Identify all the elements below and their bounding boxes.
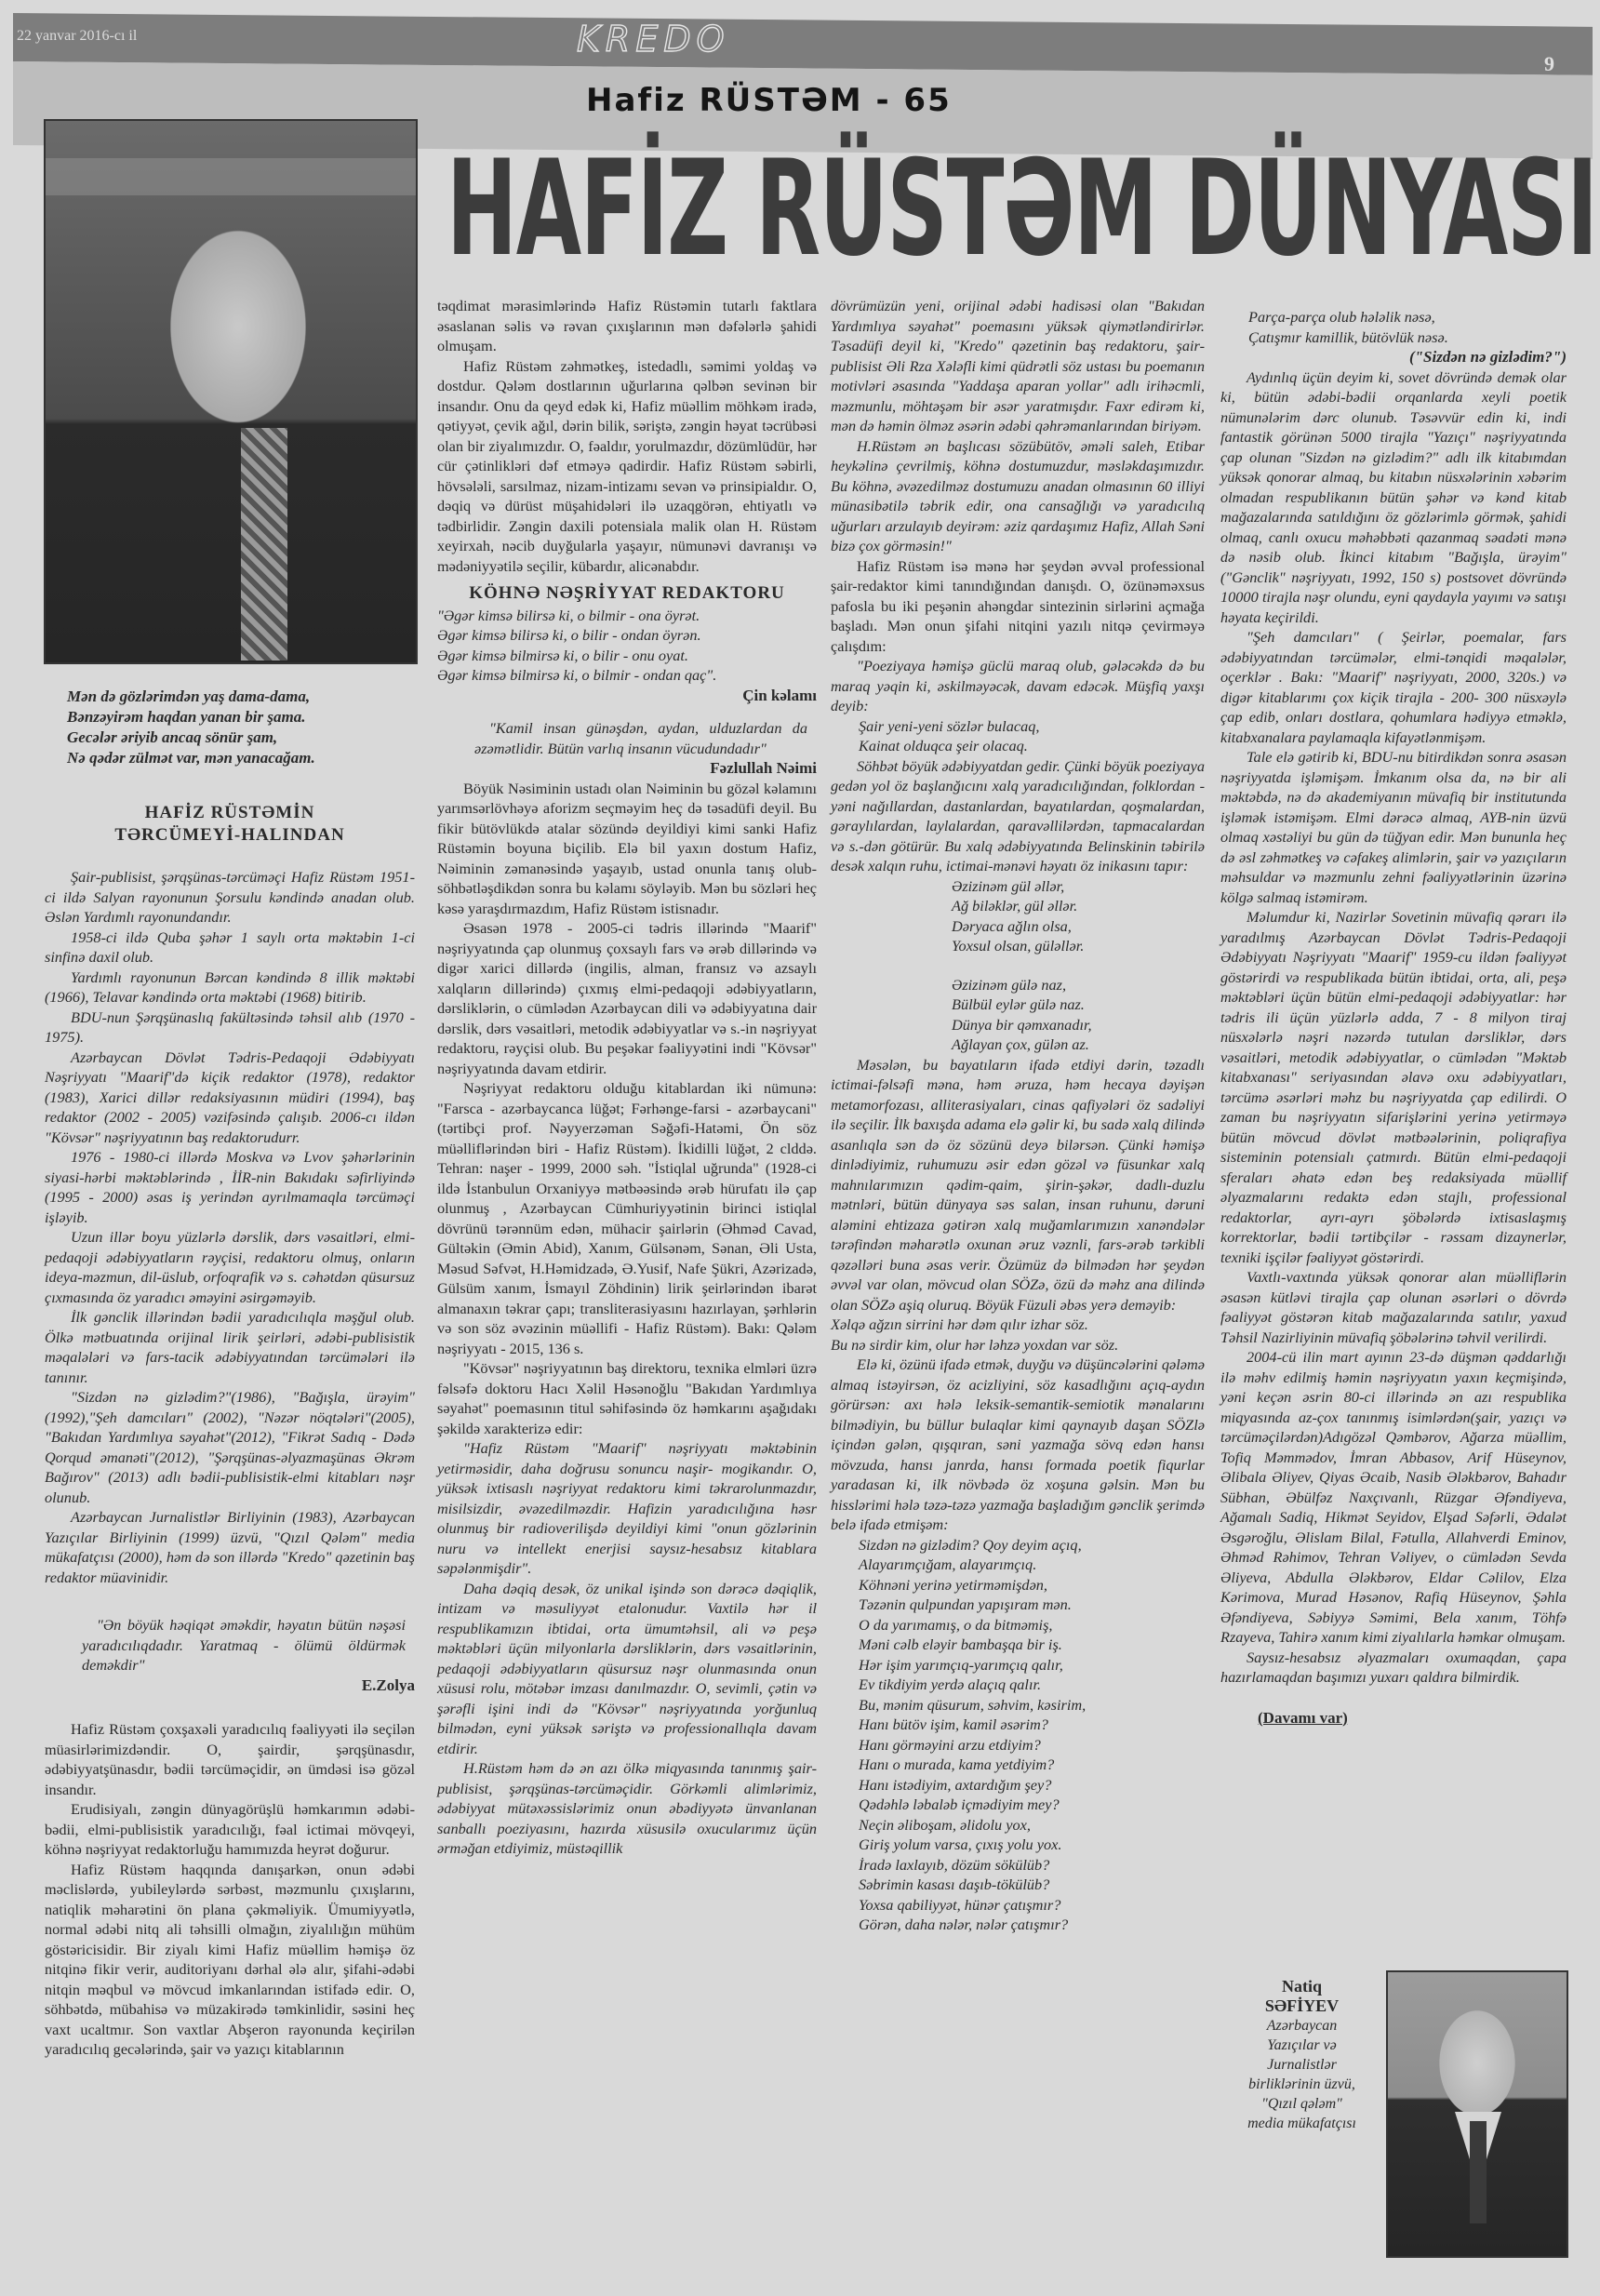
bio-paragraph: Azərbaycan Jurnalistlər Birliyinin (1983… bbox=[45, 1507, 415, 1587]
column-2: təqdimat mərasimlərində Hafiz Rüstəmin t… bbox=[437, 296, 817, 1859]
subhead-old-editor: KÖHNƏ NƏŞRİYYAT REDAKTORU bbox=[437, 583, 817, 604]
quote-paragraph: H.Rüstəm ən başlıcası sözübütöv, əməli s… bbox=[831, 436, 1205, 556]
verse-line: Hanı istədiyim, axtardığım şey? bbox=[859, 1775, 1205, 1795]
quote-paragraph: dövrümüzün yeni, orijinal ədəbi hadisəsi… bbox=[831, 296, 1205, 436]
article-kicker: Hafiz RÜSTƏM - 65 bbox=[586, 82, 952, 119]
verse-line: Məni cəlb eləyir bambaşqa bir iş. bbox=[859, 1635, 1205, 1655]
verse-line: Ağ biləklər, gül əllər. bbox=[952, 896, 1205, 916]
continued-note: (Davamı var) bbox=[1258, 1709, 1348, 1727]
portrait-photo-hafiz-rustam bbox=[44, 119, 418, 664]
zola-epigraph: "Ən böyük həqiqət əməkdir, həyatın bütün… bbox=[45, 1615, 415, 1675]
verse-line: Bu nə sirdir kim, olur hər ləhzə yoxdan … bbox=[831, 1335, 1205, 1355]
verse-line: Səbrimin kasası daşıb-tökülüb? bbox=[859, 1875, 1205, 1895]
bio-paragraph: "Sizdən nə gizlədim?"(1986), "Bağışla, ü… bbox=[45, 1387, 415, 1507]
necktie bbox=[241, 428, 287, 661]
verse-line: Neçin əliboşam, əlidolu yox, bbox=[859, 1815, 1205, 1835]
youth-poem: Sizdən nə gizlədim? Qoy deyim açıq, Alay… bbox=[831, 1535, 1205, 1935]
mushfiq-verse: Şair yeni-yeni sözlər bulacaq, Kainat ol… bbox=[831, 716, 1205, 756]
quote-paragraph: 2004-cü ilin mart ayının 23-də düşmən qə… bbox=[1220, 1347, 1567, 1648]
verse-line: Bu, mənim qüsurum, səhvim, kəsirim, bbox=[859, 1695, 1205, 1715]
biography: Şair-publisist, şərqşünas-tərcüməçi Hafi… bbox=[45, 867, 415, 1587]
verse-line: Hanı görməyini arzu etdiyim? bbox=[859, 1735, 1205, 1755]
bayati-1: Əzizinəm gül əllər, Ağ biləklər, gül əll… bbox=[831, 876, 1205, 956]
role-line: Azərbaycan bbox=[1220, 2016, 1383, 2036]
author-last-name: SƏFİYEV bbox=[1220, 1996, 1383, 2016]
verse-line: Köhnəni yerinə yetirməmişdən, bbox=[859, 1575, 1205, 1595]
body-paragraph: Hafiz Rüstəm çoxşaxəli yaradıcılıq fəali… bbox=[45, 1719, 415, 1799]
verse-line: Sizdən nə gizlədim? Qoy deyim açıq, bbox=[859, 1535, 1205, 1555]
article-headline: HAFİZ RÜSTƏM DÜNYASI bbox=[447, 130, 1179, 288]
saying-line: Əgər kimsə bilmirsə ki, o bilmir - ondan… bbox=[437, 665, 817, 686]
verse-line: Əzizinəm gül əllər, bbox=[952, 876, 1205, 897]
italic-quotation: "Hafiz Rüstəm "Maarif" nəşriyyatı məktəb… bbox=[437, 1438, 817, 1859]
quote-paragraph: Vaxtlı-vaxtında yüksək qonorar alan müəl… bbox=[1220, 1267, 1567, 1347]
verse-line: Parça-parça olub hələlik nəsə, bbox=[1248, 307, 1567, 327]
role-line: media mükafatçısı bbox=[1220, 2114, 1383, 2133]
verse-line: Şair yeni-yeni sözlər bulacaq, bbox=[859, 716, 1205, 737]
bio-paragraph: BDU-nun Şərqşünaslıq fakültəsində təhsil… bbox=[45, 1008, 415, 1048]
issue-date: 22 yanvar 2016-cı il bbox=[17, 28, 137, 45]
saying-author: Çin kəlamı bbox=[437, 686, 817, 706]
body-paragraph: Hafiz Rüstəm zəhmətkeş, istedadlı, səmim… bbox=[437, 356, 817, 577]
poem-line: Mən də gözlərimdən yaş dama-dama, bbox=[67, 687, 415, 707]
column-4: Parça-parça olub hələlik nəsə, Çatışmır … bbox=[1220, 307, 1567, 1728]
role-line: "Qızıl qələm" bbox=[1220, 2094, 1383, 2114]
body-paragraph: Böyük Nəsiminin ustadı olan Nəiminin bu … bbox=[437, 779, 817, 919]
role-line: Yazıçılar və bbox=[1220, 2036, 1383, 2055]
verse-line: İradə laxlayıb, dözüm sökülüb? bbox=[859, 1855, 1205, 1876]
verse-line: Yoxsa qabiliyyət, hünər çatışmır? bbox=[859, 1895, 1205, 1916]
role-line: birliklərinin üzvü, bbox=[1220, 2075, 1383, 2094]
body-paragraph: Hafiz Rüstəm haqqında danışarkən, onun ə… bbox=[45, 1860, 415, 2060]
body-paragraph: Hafiz Rüstəm isə mənə hər şeydən əvvəl p… bbox=[831, 556, 1205, 657]
bio-paragraph: Uzun illər boyu yüzlərlə dərslik, dərs v… bbox=[45, 1227, 415, 1307]
verse-line: Bülbül eylər gülə naz. bbox=[952, 994, 1205, 1015]
continued-wrapper: (Davamı var) bbox=[1220, 1708, 1567, 1729]
verse-line: Ağlayan çox, gülən az. bbox=[952, 1035, 1205, 1055]
verse-line: Qədəhlə ləbaləb içmədiyim mey? bbox=[859, 1795, 1205, 1815]
interview-quote: "Poeziyaya həmişə güclü maraq olub, gələ… bbox=[831, 656, 1205, 1935]
bookshelf-background bbox=[46, 158, 416, 195]
verse-line: Görən, daha nələr, nələr çatışmır? bbox=[859, 1915, 1205, 1935]
column-3: dövrümüzün yeni, orijinal ədəbi hadisəsi… bbox=[831, 296, 1205, 1935]
body-paragraph: Əsasən 1978 - 2005-ci tədris illərində "… bbox=[437, 918, 817, 1078]
italic-quotation-continued: dövrümüzün yeni, orijinal ədəbi hadisəsi… bbox=[831, 296, 1205, 556]
necktie bbox=[1470, 2121, 1487, 2223]
bayati-2: Əzizinəm gülə naz, Bülbül eylər gülə naz… bbox=[831, 975, 1205, 1055]
newspaper-logo: KREDO bbox=[577, 19, 730, 60]
quote-paragraph: Məsələn, bu bayatıların ifadə etdiyi dər… bbox=[831, 1055, 1205, 1315]
naimi-epigraph: "Kamil insan günəşdən, aydan, ulduzlarda… bbox=[437, 718, 817, 758]
body-paragraph: "Kövsər" nəşriyyatının baş direktoru, te… bbox=[437, 1358, 817, 1438]
body-paragraph: Erudisiyalı, zəngin dünyagörüşlü həmkarı… bbox=[45, 1799, 415, 1860]
verse-line: Təzənin qulpundan yapışıram mən. bbox=[859, 1595, 1205, 1615]
quote-paragraph: "Poeziyaya həmişə güclü maraq olub, gələ… bbox=[831, 656, 1205, 716]
bio-paragraph: Yardımlı rayonunun Bərcan kəndində 8 ill… bbox=[45, 968, 415, 1008]
quote-paragraph: "Hafiz Rüstəm "Maarif" nəşriyyatı məktəb… bbox=[437, 1438, 817, 1579]
quote-paragraph: Daha dəqiq desək, öz unikal işində son d… bbox=[437, 1579, 817, 1759]
epigraph-author: E.Zolya bbox=[45, 1675, 415, 1696]
poem-source: ("Sizdən nə gizlədim?") bbox=[1220, 347, 1567, 367]
verse-line: Alayarımçığam, alayarımçıq. bbox=[859, 1555, 1205, 1575]
epigraph-author: Fəzlullah Nəimi bbox=[437, 758, 817, 779]
body-paragraph: təqdimat mərasimlərində Hafiz Rüstəmin t… bbox=[437, 296, 817, 356]
quote-paragraph: Söhbət böyük ədəbiyyatdan gedir. Çünki b… bbox=[831, 756, 1205, 876]
verse-line: Ev tikdiyim yerdə alaçıq qalır. bbox=[859, 1675, 1205, 1695]
quote-paragraph: "Şeh damcıları" ( Şeirlər, poemalar, far… bbox=[1220, 627, 1567, 747]
bio-title-line-2: TƏRCÜMEYİ-HALINDAN bbox=[45, 824, 415, 847]
verse-line: Xəlqə ağzın sirrini hər dəm qılır izhar … bbox=[831, 1315, 1205, 1335]
bio-title-line-1: HAFİZ RÜSTƏMİN bbox=[45, 802, 415, 824]
role-line: Jurnalistlər bbox=[1220, 2055, 1383, 2075]
chinese-saying: "Əgər kimsə bilirsə ki, o bilmir - ona ö… bbox=[437, 606, 817, 686]
page-number: 9 bbox=[1544, 52, 1554, 76]
spacer bbox=[831, 956, 1205, 975]
verse-line: Dəryaca ağlın olsa, bbox=[952, 916, 1205, 937]
verse-line: Dünya bir qəmxanadır, bbox=[952, 1015, 1205, 1035]
poem-line: Nə qədər zülmət var, mən yanacağam. bbox=[67, 748, 415, 768]
author-byline: Natiq SƏFİYEV Azərbaycan Yazıçılar və Ju… bbox=[1220, 1977, 1383, 2133]
opening-poem: Mən də gözlərimdən yaş dama-dama, Bənzəy… bbox=[45, 687, 415, 768]
portrait-photo-natiq-safiyev bbox=[1386, 1970, 1568, 2258]
bio-paragraph: Azərbaycan Dövlət Tədris-Pedaqoji Ədəbiy… bbox=[45, 1048, 415, 1148]
quote-paragraph: Məlumdur ki, Nazirlər Sovetinin müvafiq … bbox=[1220, 907, 1567, 1267]
verse-line: Kainat olduqca şeir olacaq. bbox=[859, 736, 1205, 756]
poem-line: Gecələr əriyib ancaq sönür şam, bbox=[67, 728, 415, 748]
verse-line: O da yarımamış, o da bitməmiş, bbox=[859, 1615, 1205, 1635]
verse-line: Yoxsul olsan, güləllər. bbox=[952, 936, 1205, 956]
quote-paragraph: Aydınlıq üçün deyim ki, sovet dövründə d… bbox=[1220, 367, 1567, 628]
poem-line: Bənzəyirəm haqdan yanan bir şama. bbox=[67, 707, 415, 728]
bio-paragraph: 1958-ci ildə Quba şəhər 1 saylı orta mək… bbox=[45, 928, 415, 968]
quote-paragraph: Saysız-hesabsız əlyazmaları oxumaqdan, ç… bbox=[1220, 1648, 1567, 1688]
verse-line: Hanı o murada, kama yetdiyim? bbox=[859, 1755, 1205, 1775]
saying-line: Əgər kimsə bilirsə ki, o bilir - ondan ö… bbox=[437, 625, 817, 646]
column-1: Mən də gözlərimdən yaş dama-dama, Bənzəy… bbox=[45, 687, 415, 2060]
body-paragraph: Nəşriyyat redaktoru olduğu kitablardan i… bbox=[437, 1078, 817, 1358]
bio-paragraph: 1976 - 1980-ci illərdə Moskva və Lvov şə… bbox=[45, 1147, 415, 1227]
newspaper-page: 22 yanvar 2016-cı il KREDO 9 Hafiz RÜSTƏ… bbox=[0, 0, 1600, 2296]
poem-ending: Parça-parça olub hələlik nəsə, Çatışmır … bbox=[1220, 307, 1567, 347]
bio-section-title: HAFİZ RÜSTƏMİN TƏRCÜMEYİ-HALINDAN bbox=[45, 802, 415, 847]
verse-line: Giriş yolum varsa, çıxış yolu yox. bbox=[859, 1835, 1205, 1855]
verse-line: Hanı bütöv işim, kamil əsərim? bbox=[859, 1715, 1205, 1735]
verse-line: Əzizinəm gülə naz, bbox=[952, 975, 1205, 995]
verse-line: Hər işim yarımçıq-yarımçıq qalır, bbox=[859, 1655, 1205, 1675]
quote-paragraph: Tale elə gətirib ki, BDU-nu bitirdikdən … bbox=[1220, 747, 1567, 907]
quote-paragraph: H.Rüstəm həm də ən azı ölkə miqyasında t… bbox=[437, 1758, 817, 1859]
bio-paragraph: Şair-publisist, şərqşünas-tərcüməçi Hafi… bbox=[45, 867, 415, 928]
bio-paragraph: İlk gənclik illərindən bədii yaradıcılıq… bbox=[45, 1307, 415, 1387]
verse-line: Çatışmır kamillik, bütövlük nəsə. bbox=[1248, 327, 1567, 348]
fuzuli-verse: Xəlqə ağzın sirrini hər dəm qılır izhar … bbox=[831, 1315, 1205, 1355]
saying-line: Əgər kimsə bilmirsə ki, o bilir - onu oy… bbox=[437, 646, 817, 666]
author-role: Azərbaycan Yazıçılar və Jurnalistlər bir… bbox=[1220, 2016, 1383, 2133]
article-body-start: Hafiz Rüstəm çoxşaxəli yaradıcılıq fəali… bbox=[45, 1719, 415, 2060]
saying-line: "Əgər kimsə bilirsə ki, o bilmir - ona ö… bbox=[437, 606, 817, 626]
quote-paragraph: Elə ki, özünü ifadə etmək, duyğu və düşü… bbox=[831, 1355, 1205, 1535]
author-first-name: Natiq bbox=[1220, 1977, 1383, 1996]
